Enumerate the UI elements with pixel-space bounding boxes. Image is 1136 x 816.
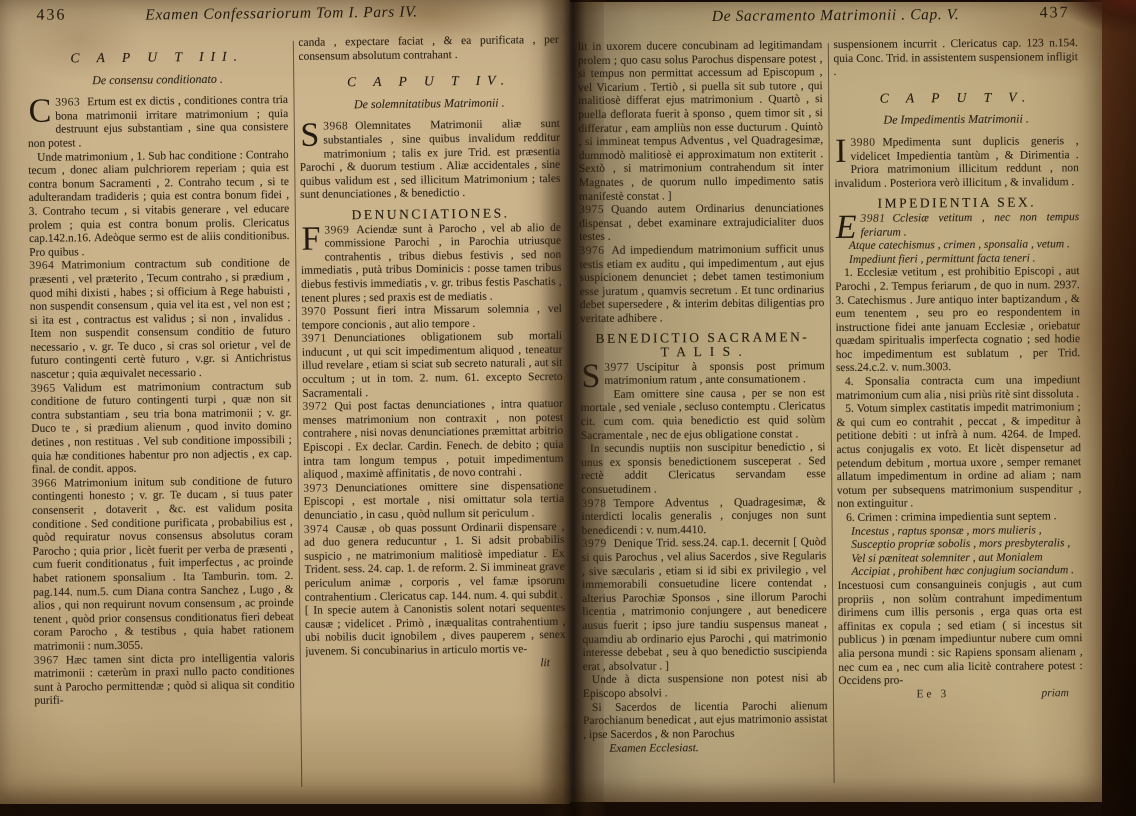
para-block: 3966Matrimonium initum sub conditione de… [32,475,294,655]
text-run: C A P U T IV. [347,73,511,90]
section-heading: BENEDICTIO SACRAMEN-T A L I S . [580,331,825,360]
para-block: 3980IMpedimenta sunt duplicis generis , … [834,135,1079,191]
chapter-heading: C A P U T V. [834,90,1079,106]
page-number-right: 437 [1040,4,1070,22]
text-run: Denique Trid. sess.24. cap.1. decernit [… [582,536,827,672]
para-block: lit in uxorem ducere concubinam ad legit… [578,39,824,204]
signature-line: Examen Ecclesiast. [583,741,828,757]
drop-cap: I [834,137,851,165]
para-block: 1. Ecclesiæ vetitum , est prohibitio Epi… [835,265,1080,376]
running-header-right: De Sacramento Matrimonii . Cap. V. [570,5,1104,27]
para-block: canda , expectare faciat , & ea purifica… [298,34,559,64]
chapter-heading: C A P U T IV. [299,73,560,90]
para-block: 3974Causæ , ob quas possunt Ordinarii di… [304,520,565,605]
text-line: Susceptio propriæ sobolis , mors presbyt… [851,537,1082,552]
text-run: In secundis nuptiis non suscipitur bened… [581,441,826,496]
signature-mark: Ee 3 [916,688,949,702]
para-block: 3977SUscipitur à sponsis post primum mat… [580,360,825,389]
chapter-subtitle: De solemnitatibus Matrimonii . [299,96,560,113]
text-run: 6. Crimen : crimina impedientia sunt sep… [846,510,1057,524]
text-run: suspensionem incurrit . Clericatus cap. … [833,37,1078,78]
text-run: Ad impediendum matrimonium sufficit unus… [579,243,824,325]
text-run: Tempore Adventus , Quadragesimæ, & inter… [581,496,826,537]
running-header-left: Examen Confessariorum Tom I. Pars IV. [0,2,567,26]
catchword: priam [1041,687,1069,701]
text-run: Examen Ecclesiast. [609,742,699,755]
text-run: IMPEDIENTIA SEX. [878,195,1037,211]
text-run: Hæc tamen sint dicta pro intelligentia v… [34,651,295,707]
verse-block: Atque catechismus , crimen , sponsalia ,… [835,238,1080,267]
text-run: Quando autem Ordinarius denunciationes d… [579,202,824,243]
text-run: Cclesiæ vetitum , nec non tempus feriaru… [861,211,1080,238]
para-block: 3964Matrimonium contractum sub condition… [29,257,291,382]
catchword: lit [305,656,566,673]
text-line: Atque catechismus , crimen , sponsalia ,… [849,238,1080,253]
para-block: 3975Quando autem Ordinarius denunciation… [579,202,824,245]
para-block: 3979Denique Trid. sess.24. cap.1. decern… [582,536,828,674]
text-run: 1. Ecclesiæ vetitum , est prohibitio Epi… [835,265,1080,374]
paragraph-number: 3975 [579,204,604,216]
para-block: 4. Sponsalia contracta cum una impediunt… [836,374,1081,403]
text-run: 5. Votum simplex castitatis impedit matr… [836,401,1081,510]
para-block: 3969FAciendæ sunt à Parocho , vel ab ali… [300,221,561,306]
paragraph-number: 3977 [604,361,629,373]
para-block: 3976Ad impediendum matrimonium sufficit … [579,243,824,326]
chapter-subtitle: De Impedimentis Matrimonii . [834,112,1079,128]
text-run: Validum est matrimonium contractum sub c… [31,380,292,477]
drop-cap: C [27,97,55,125]
text-run: Matrimonium initum sub conditione de fut… [32,475,294,653]
paragraph-number: 3976 [579,245,604,257]
para-block: 3972Qui post factas denunciationes , int… [302,398,563,483]
text-run: lit [540,657,550,669]
paragraph-number: 3965 [31,382,56,394]
text-run: Causæ , ob quas possunt Ordinarii dispen… [304,520,565,603]
paragraph-number: 3969 [324,224,349,236]
paragraph-number: 3971 [302,333,327,345]
text-run: C A P U T III. [70,48,244,65]
paragraph-number: 3980 [850,137,875,149]
text-run: 4. Sponsalia contracta cum una impediunt… [836,374,1080,402]
para-block: Eam omittere sine causa , per se non est… [581,387,826,443]
para-block: 3965Validum est matrimonium contractum s… [31,380,293,478]
paragraph-number: 3978 [581,497,606,509]
drop-cap: S [580,361,604,389]
text-run: De solemnitatibus Matrimonii . [354,95,505,111]
left-page: 436 Examen Confessariorum Tom I. Pars IV… [0,0,570,804]
para-block: 5. Votum simplex castitatis impedit matr… [836,401,1081,512]
chapter-subtitle: De consensu conditionato . [27,72,288,89]
text-run: C A P U T V. [880,89,1033,105]
text-run: DENUNCIATIONES. [352,205,510,222]
paragraph-number: 3973 [303,482,328,494]
column-divider [827,43,834,783]
section-heading: DENUNCIATIONES. [300,206,561,223]
text-run: Unde à dicta suspensione non potest nisi… [583,672,827,700]
para-block: 3963CErtum est ex dictis , conditiones c… [27,94,288,151]
text-line: T A L I S . [580,344,825,360]
para-block: 3968SOlemnitates Matrimonii aliæ sunt su… [299,118,560,203]
text-run: Uscipitur à sponsis post primum matrimon… [604,360,825,387]
paragraph-number: 3963 [55,96,80,108]
page-number-left: 436 [36,6,66,24]
paragraph-number: 3968 [323,121,348,133]
para-block: Unde à dicta suspensione non potest nisi… [583,672,828,701]
paragraph-number: 3970 [301,306,326,318]
paragraph-number: 3966 [32,477,57,489]
para-block: suspensionem incurrit . Clericatus cap. … [833,37,1078,80]
left-page-header: 436 Examen Confessariorum Tom I. Pars IV… [0,0,567,38]
text-run: De Impedimentis Matrimonii . [883,112,1028,127]
text-run: Matrimonium contractum sub conditione de… [29,257,291,381]
left-page-column-1: C A P U T III.De consensu conditionato .… [27,37,296,804]
text-run: lit in uxorem ducere concubinam ad legit… [578,39,824,202]
book-edge [1102,0,1136,816]
para-block: [ In specie autem à Canonistis solent no… [305,602,566,659]
left-page-column-2: canda , expectare faciat , & ea purifica… [298,34,567,801]
verse-block: Incestus , raptus sponsæ , mors mulieris… [837,524,1082,580]
text-run: Denunciationes obligationem sub mortali … [302,330,563,399]
para-block: 3970Possunt fieri intra Missarum solemni… [301,303,562,333]
signature-catchword-line: Ee 3priam [838,687,1083,703]
para-block: Incestuosi cum consanguineis conjugis , … [838,578,1083,689]
right-page: De Sacramento Matrimonii . Cap. V. 437 l… [570,2,1106,802]
drop-cap: S [299,121,323,149]
drop-cap: F [300,224,324,252]
paragraph-number: 3974 [304,523,329,535]
para-block: Unde matrimonium , 1. Sub hac conditione… [28,149,290,261]
text-run: Incestuosi cum consanguineis conjugis , … [838,578,1083,687]
para-block: 3981ECclesiæ vetitum , nec non tempus fe… [835,211,1080,240]
right-page-column-2: suspensionem incurrit . Clericatus cap. … [833,37,1083,797]
right-page-column-1: lit in uxorem ducere concubinam ad legit… [578,39,828,799]
para-block: 3978Tempore Adventus , Quadragesimæ, & i… [581,496,826,539]
drop-cap: E [835,213,861,241]
text-run: Unde matrimonium , 1. Sub hac conditione… [28,149,289,259]
text-run: Qui post factas denunciationes , intra q… [303,398,564,481]
text-run: Si Sacerdos de licentia Parochi alienum … [583,700,828,741]
para-block: 3973Denunciationes omittere sine dispens… [303,480,564,524]
text-run: [ In specie autem à Canonistis solent no… [305,602,566,658]
paragraph-number: 3979 [582,538,607,550]
text-run: De consensu conditionato . [92,71,223,86]
right-page-header: De Sacramento Matrimonii . Cap. V. 437 [570,2,1104,39]
text-run: Denunciationes omittere sine dispensatio… [303,480,564,522]
para-block: 3967Hæc tamen sint dicta pro intelligent… [34,651,295,708]
para-block: Si Sacerdos de licentia Parochi alienum … [583,700,828,743]
paragraph-number: 3981 [860,213,885,225]
text-run: Eam omittere sine causa , per se non est… [581,387,826,442]
text-run: Possunt fieri intra Missarum solemnia , … [301,303,561,332]
text-run: canda , expectare faciat , & ea purifica… [298,34,559,63]
chapter-heading: C A P U T III. [27,49,288,66]
paragraph-number: 3972 [302,401,327,413]
paragraph-number: 3964 [29,260,54,272]
book-spread: 436 Examen Confessariorum Tom I. Pars IV… [0,0,1136,816]
paragraph-number: 3967 [34,654,59,666]
section-heading: IMPEDIENTIA SEX. [835,195,1080,211]
para-block: 3971Denunciationes obligationem sub mort… [302,330,563,401]
para-block: In secundis nuptiis non suscipitur bened… [581,441,826,497]
